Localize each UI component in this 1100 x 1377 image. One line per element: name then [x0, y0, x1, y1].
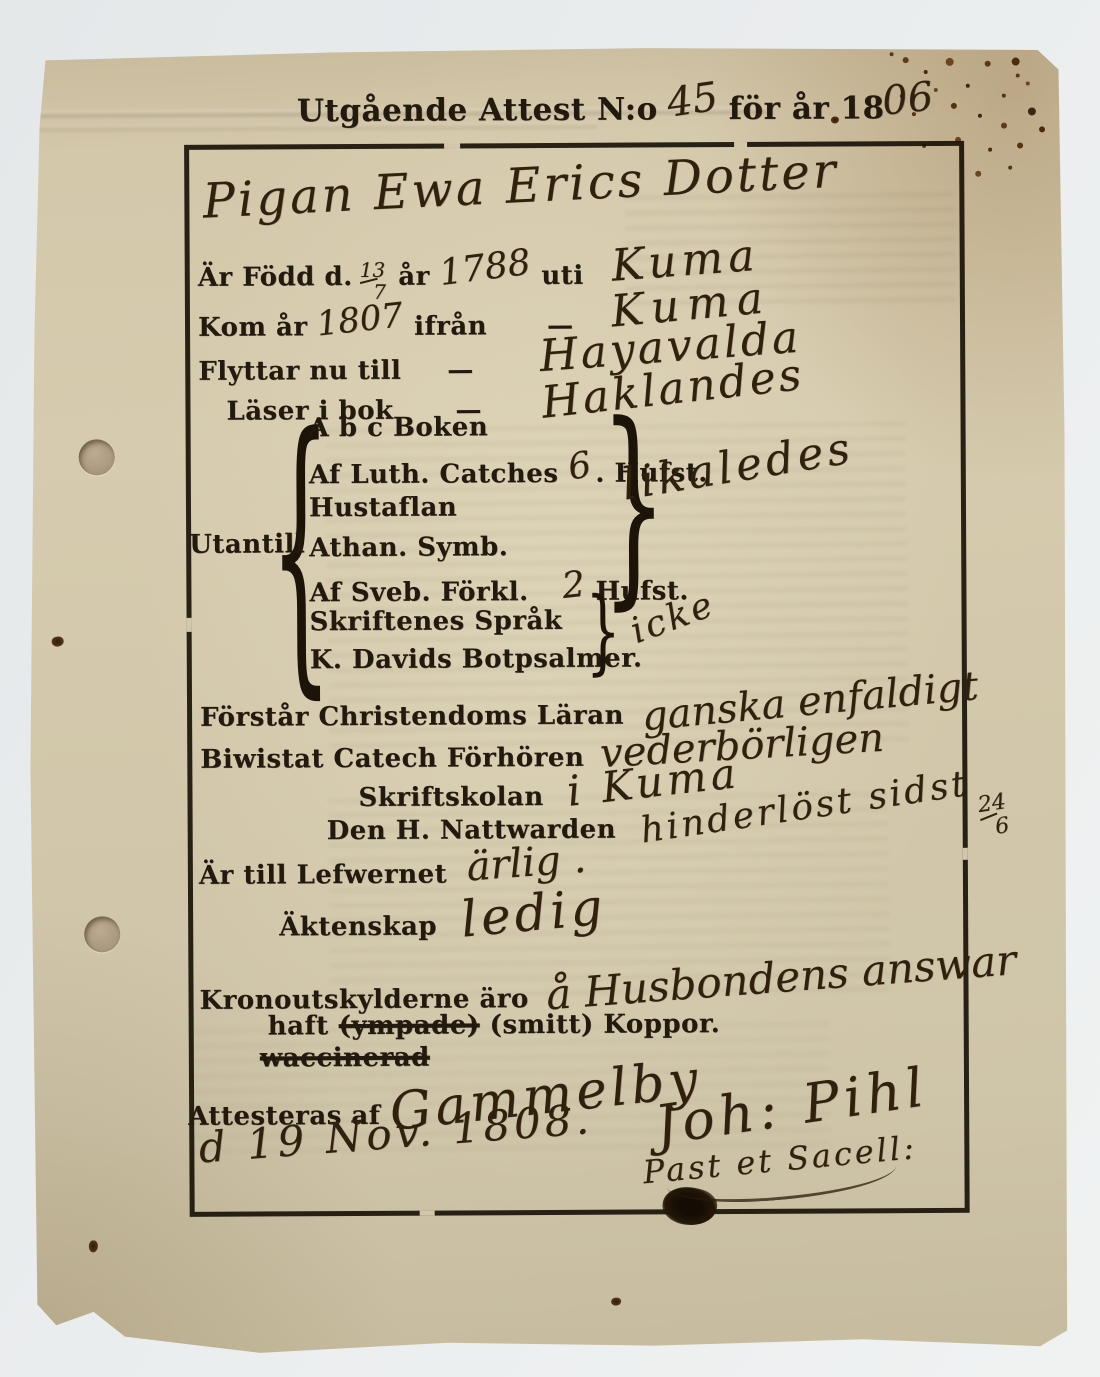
communion-date-fraction: 246 [980, 792, 1014, 839]
book-title: Hustaflan [309, 492, 457, 523]
header-year-handwritten: 06 [880, 73, 936, 124]
paper-sheet: Utgående Attest N:o 45 för år 18 06 Piga… [25, 43, 1072, 1356]
born-year-handwritten: 1788 [437, 242, 533, 294]
came-year-handwritten: 1807 [315, 295, 405, 344]
catches-count-handwritten: 6 [564, 444, 594, 488]
book-row-skriftenes: Skriftenes Språk [310, 606, 563, 637]
attest-header: Utgående Attest N:o 45 för år 18 06 [297, 82, 934, 131]
ink-spot [89, 1240, 98, 1252]
book-row-hustaflan: Hustaflan [309, 492, 457, 523]
marriage-row: Äktenskap ledig [279, 888, 607, 948]
scan-background: Utgående Attest N:o 45 för år 18 06 Piga… [0, 0, 1100, 1377]
book-row-abc: A b c Boken [308, 412, 488, 443]
smallpox-row: haft (ympade) (smitt) Koppor. [268, 1009, 721, 1041]
book-title: A b c Boken [308, 412, 488, 443]
smallpox-label-pre: haft [268, 1011, 329, 1041]
frame-break [444, 143, 460, 148]
vaccination-row: waccinerad [260, 1043, 430, 1074]
header-printed-prefix: Utgående Attest N:o [297, 91, 658, 129]
conduct-label: Är till Lefwernet [199, 860, 447, 891]
came-label-year: Kom år [198, 312, 308, 343]
punch-hole [79, 439, 115, 475]
born-label-year: år [398, 262, 430, 292]
punch-hole [84, 916, 120, 952]
header-printed-mid: för år 18 [729, 90, 885, 127]
marriage-label: Äktenskap [279, 912, 437, 943]
born-label-place: uti [541, 261, 583, 291]
utantill-label: Utantill [189, 529, 305, 560]
marriage-value-handwritten: ledig [458, 877, 608, 948]
ink-spot [52, 637, 64, 647]
foxing-specks [890, 52, 894, 56]
vaccination-struck-label: waccinerad [260, 1043, 430, 1074]
book-row-athan: Athan. Symb. [309, 532, 508, 563]
smallpox-label-post: (smitt) Koppor. [490, 1009, 721, 1040]
came-label-from: ifrån [414, 311, 487, 341]
frame-break [420, 1211, 435, 1216]
utantill-label-row: Utantill [189, 529, 305, 560]
ink-spot [611, 1298, 621, 1306]
communion-frac-den: 6 [994, 816, 1011, 838]
understanding-label: Förstår Christendoms Läran [200, 701, 624, 733]
list-brace-right-lower: } [585, 586, 621, 678]
attest-number-handwritten: 45 [664, 74, 721, 127]
born-label-date: Är Född d. [198, 262, 353, 293]
book-title: Skriftenes Språk [310, 606, 563, 637]
frame-break [187, 618, 192, 632]
smallpox-struck-option: (ympade) [339, 1010, 480, 1041]
book-title: Af Sveb. Förkl. [309, 577, 528, 608]
book-title: Af Luth. Catches [309, 459, 559, 490]
sveb-count-handwritten: 2 [560, 564, 587, 607]
book-title: Athan. Symb. [309, 532, 508, 563]
